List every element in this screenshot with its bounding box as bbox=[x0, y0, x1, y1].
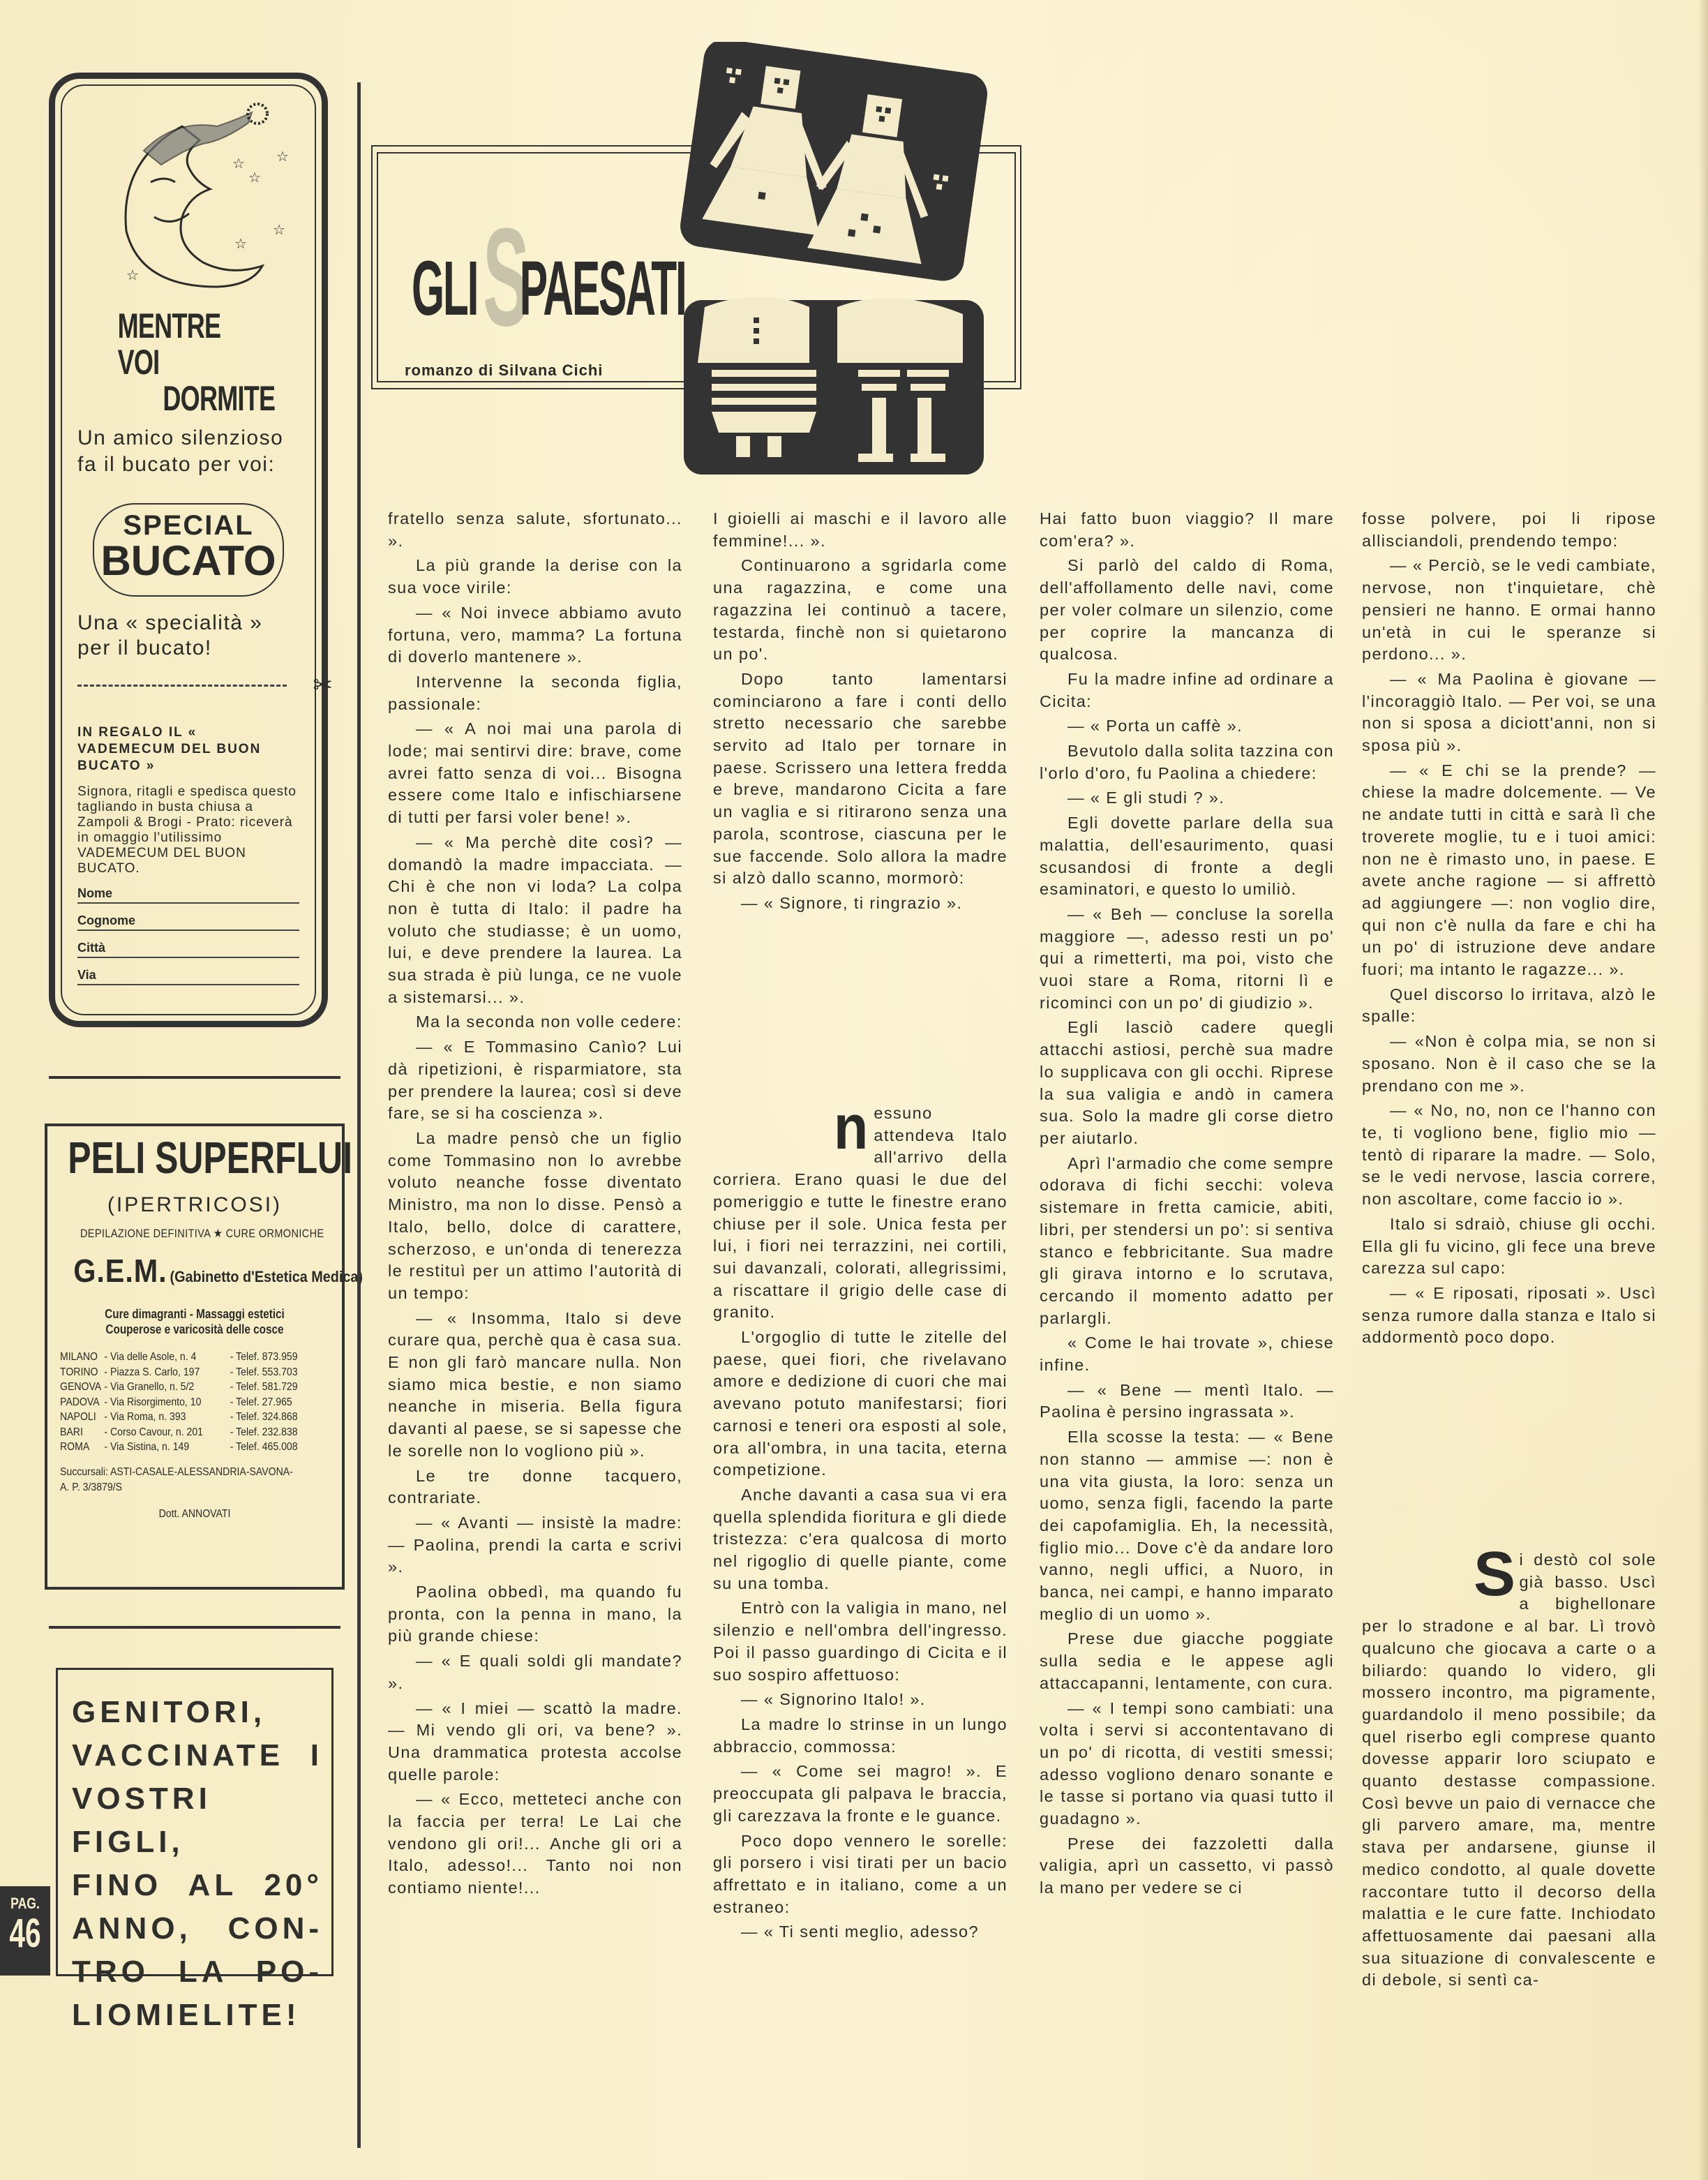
paragraph: Anche davanti a casa sua vi era quella s… bbox=[713, 1484, 1007, 1595]
svg-text:☆: ☆ bbox=[234, 237, 247, 252]
paragraph: Entrò con la valigia in mano, nel silenz… bbox=[713, 1597, 1007, 1686]
paragraph: La più grande la derise con la sua voce … bbox=[388, 555, 682, 599]
paragraph: Italo si sdraiò, chiuse gli occhi. Ella … bbox=[1362, 1214, 1656, 1280]
ad-subtitle: (IPERTRICOSI) bbox=[60, 1193, 329, 1217]
paragraph: — « E gli studi ? ». bbox=[1040, 787, 1334, 809]
paragraph: Ma la seconda non volle cedere: bbox=[388, 1011, 682, 1033]
article-column-2-section: nessuno attendeva Italo all'arrivo della… bbox=[713, 1103, 1007, 1943]
article-column-2: I gioielli ai maschi e il lavoro alle fe… bbox=[713, 508, 1007, 915]
column-divider bbox=[357, 82, 361, 2148]
paragraph: Le tre donne tacquero, contrariate. bbox=[388, 1465, 682, 1509]
paragraph: — «Non è colpa mia, se non si sposano. N… bbox=[1362, 1031, 1656, 1097]
paragraph: — « Avanti — insistè la madre: — Paolina… bbox=[388, 1512, 682, 1578]
paragraph: — « Bene — mentì Italo. — Paolina è pers… bbox=[1040, 1380, 1334, 1424]
paragraph: I gioielli ai maschi e il lavoro alle fe… bbox=[713, 508, 1007, 552]
paragraph: Si destò col sole già basso. Uscì a bigh… bbox=[1362, 1549, 1656, 1992]
ad-subline: Un amico silenzioso fa il bucato per voi… bbox=[77, 425, 299, 478]
paragraph: Ella scosse la testa: — « Bene non stann… bbox=[1040, 1426, 1334, 1625]
paragraph: — « Ma Paolina è giovane — l'incoraggiò … bbox=[1362, 669, 1656, 757]
article-column-4: fosse polvere, poi li ripose allisciando… bbox=[1362, 508, 1656, 1349]
paragraph: Fu la madre infine ad ordinare a Cicita: bbox=[1040, 669, 1334, 712]
paragraph: — « I miei — scattò la madre. — Mi vendo… bbox=[388, 1698, 682, 1786]
paragraph: fratello senza salute, sfortunato... ». bbox=[388, 508, 682, 552]
paragraph: La madre lo strinse in un lungo abbracci… bbox=[713, 1714, 1007, 1758]
coupon-field-via[interactable]: Via bbox=[77, 958, 299, 985]
paragraph: Aprì l'armadio che come sempre odorava d… bbox=[1040, 1153, 1334, 1330]
paragraph: Poco dopo vennero le sorelle: gli porser… bbox=[713, 1830, 1007, 1919]
ad-branches-secondary: Succursali: ASTI-CASALE-ALESSANDRIA-SAVO… bbox=[60, 1465, 330, 1495]
paragraph: Hai fatto buon viaggio? Il mare com'era?… bbox=[1040, 508, 1334, 552]
ad-special-bucato: ☆ ☆ ☆ ☆ ☆ ☆ MENTRE VOI DORMITE Un amico … bbox=[49, 73, 328, 1027]
paragraph: — « E chi se la prende? — chiese la madr… bbox=[1362, 760, 1656, 981]
paragraph: — « I tempi sono cambiati: una volta i s… bbox=[1040, 1698, 1334, 1830]
paragraph: — « E quali soldi gli mandate? ». bbox=[388, 1650, 682, 1694]
paragraph: Egli dovette parlare della sua malattia,… bbox=[1040, 812, 1334, 901]
paragraph: — « A noi mai una parola di lode; mai se… bbox=[388, 718, 682, 829]
article-title: GLIPAESATI bbox=[412, 244, 686, 333]
ad-services: DEPILAZIONE DEFINITIVA ★ CURE ORMONICHE bbox=[80, 1227, 309, 1241]
paragraph: La madre pensò che un figlio come Tommas… bbox=[388, 1128, 682, 1305]
coupon-title: IN REGALO IL « VADEMECUM DEL BUON BUCATO… bbox=[77, 724, 299, 775]
paragraph: — « Signore, ti ringrazio ». bbox=[713, 893, 1007, 915]
svg-text:☆: ☆ bbox=[276, 149, 289, 165]
dropcap-s: S bbox=[1474, 1549, 1516, 1599]
paragraph: Prese dei fazzoletti dalla valigia, aprì… bbox=[1040, 1833, 1334, 1899]
sleeping-moon-icon: ☆ ☆ ☆ ☆ ☆ ☆ bbox=[77, 98, 301, 308]
paragraph: — « Ecco, metteteci anche con la faccia … bbox=[388, 1789, 682, 1899]
paragraph: Bevutolo dalla solita tazzina con l'orlo… bbox=[1040, 740, 1334, 784]
paragraph: Paolina obbedì, ma quando fu pronta, con… bbox=[388, 1581, 682, 1648]
branch-list: MILANO- Via delle Asole, n. 4- Telef. 87… bbox=[60, 1350, 330, 1455]
svg-text:☆: ☆ bbox=[232, 156, 245, 172]
ad-polio-vaccine: GENITORI, VACCINATE I VOSTRI FIGLI, FINO… bbox=[56, 1668, 334, 1976]
branch-row: MILANO- Via delle Asole, n. 4- Telef. 87… bbox=[60, 1350, 330, 1365]
article-column-1: fratello senza salute, sfortunato... ». … bbox=[388, 508, 682, 1899]
paragraph: — « E Tommasino Canìo? Lui dà ripetizion… bbox=[388, 1036, 682, 1125]
branch-row: ROMA- Via Sistina, n. 149- Telef. 465.00… bbox=[60, 1440, 330, 1455]
branch-row: BARI- Corso Cavour, n. 201- Telef. 232.8… bbox=[60, 1425, 330, 1440]
paragraph: — « Ti senti meglio, adesso? bbox=[713, 1921, 1007, 1943]
svg-text:☆: ☆ bbox=[273, 223, 285, 238]
paragraph: Dopo tanto lamentarsi cominciarono a far… bbox=[713, 669, 1007, 890]
paragraph: Si parlò del caldo di Roma, dell'affolla… bbox=[1040, 555, 1334, 666]
page-number-badge: PAG. 46 bbox=[0, 1886, 50, 1976]
branch-row: PADOVA- Via Risorgimento, 10- Telef. 27.… bbox=[60, 1395, 330, 1410]
paragraph: fosse polvere, poi li ripose allisciando… bbox=[1362, 508, 1656, 552]
paragraph: — « Signorino Italo! ». bbox=[713, 1689, 1007, 1711]
paragraph: — « Porta un caffè ». bbox=[1040, 715, 1334, 738]
paragraph: Egli lasciò cadere quegli attacchi astio… bbox=[1040, 1017, 1334, 1149]
coupon-field-cognome[interactable]: Cognome bbox=[77, 904, 299, 931]
branch-row: NAPOLI- Via Roma, n. 393- Telef. 324.868 bbox=[60, 1410, 330, 1425]
coupon-field-nome[interactable]: Nome bbox=[77, 876, 299, 904]
divider bbox=[49, 1626, 340, 1629]
paragraph: nessuno attendeva Italo all'arrivo della… bbox=[713, 1103, 1007, 1324]
paragraph: — « E riposati, riposati ». Uscì senza r… bbox=[1362, 1283, 1656, 1349]
paragraph: — « Insomma, Italo si deve curare qua, p… bbox=[388, 1308, 682, 1463]
ad-doctor: Dott. ANNOVATI bbox=[76, 1508, 313, 1521]
folk-figures-illustration-icon bbox=[670, 42, 1005, 488]
paragraph: L'orgoglio di tutte le zitelle del paese… bbox=[713, 1327, 1007, 1481]
coupon-field-citta[interactable]: Città bbox=[77, 931, 299, 958]
special-bucato-logo: SPECIAL BUCATO bbox=[93, 503, 284, 597]
paragraph: — « No, no, non ce l'hanno con te, ti vo… bbox=[1362, 1100, 1656, 1211]
coupon-cut-line: ✂ bbox=[77, 685, 287, 687]
divider bbox=[49, 1076, 340, 1079]
article-column-4-section: Si destò col sole già basso. Uscì a bigh… bbox=[1362, 1549, 1656, 1992]
paragraph: Intervenne la seconda figlia, passionale… bbox=[388, 671, 682, 715]
article-column-3: Hai fatto buon viaggio? Il mare com'era?… bbox=[1040, 508, 1334, 1899]
ad-peli-superflui: PELI SUPERFLUI (IPERTRICOSI) DEPILAZIONE… bbox=[45, 1123, 345, 1590]
polio-message: GENITORI, VACCINATE I VOSTRI FIGLI, FINO… bbox=[72, 1691, 323, 2037]
dropcap-n: n bbox=[834, 1103, 869, 1153]
ad-slogan: Una « specialità » per il bucato! bbox=[77, 611, 299, 661]
ad-brand: G.E.M. (Gabinetto d'Estetica Medica) bbox=[73, 1252, 315, 1290]
ad-headline: MENTRE VOI DORMITE bbox=[77, 308, 237, 417]
svg-text:☆: ☆ bbox=[126, 268, 139, 283]
paragraph: — « Come sei magro! ». E preoccupata gli… bbox=[713, 1761, 1007, 1827]
page-gutter-shadow bbox=[1698, 0, 1708, 2180]
paragraph: — « Perciò, se le vedi cambiate, nervose… bbox=[1362, 555, 1656, 666]
branch-row: GENOVA- Via Granello, n. 5/2- Telef. 581… bbox=[60, 1380, 330, 1395]
paragraph: Quel discorso lo irritava, alzò le spall… bbox=[1362, 984, 1656, 1028]
paragraph: Continuarono a sgridarla come una ragazz… bbox=[713, 555, 1007, 666]
ad-title: PELI SUPERFLUI bbox=[68, 1135, 321, 1181]
branch-row: TORINO- Piazza S. Carlo, 197- Telef. 553… bbox=[60, 1365, 330, 1380]
article-byline: romanzo di Silvana Cichi bbox=[405, 361, 603, 380]
ad-treatments: Cure dimagranti - Massaggi estetici Coup… bbox=[80, 1306, 309, 1337]
paragraph: — « Beh — concluse la sorella maggiore —… bbox=[1040, 904, 1334, 1015]
svg-text:☆: ☆ bbox=[248, 170, 261, 186]
scissors-icon: ✂ bbox=[313, 671, 334, 699]
paragraph: « Come le hai trovate », chiese infine. bbox=[1040, 1332, 1334, 1376]
paragraph: — « Noi invece abbiamo avuto fortuna, ve… bbox=[388, 602, 682, 669]
coupon-body: Signora, ritagli e spedisca questo tagli… bbox=[77, 784, 299, 876]
paragraph: — « Ma perchè dite così? — domandò la ma… bbox=[388, 832, 682, 1009]
paragraph: Prese due giacche poggiate sulla sedia e… bbox=[1040, 1628, 1334, 1694]
